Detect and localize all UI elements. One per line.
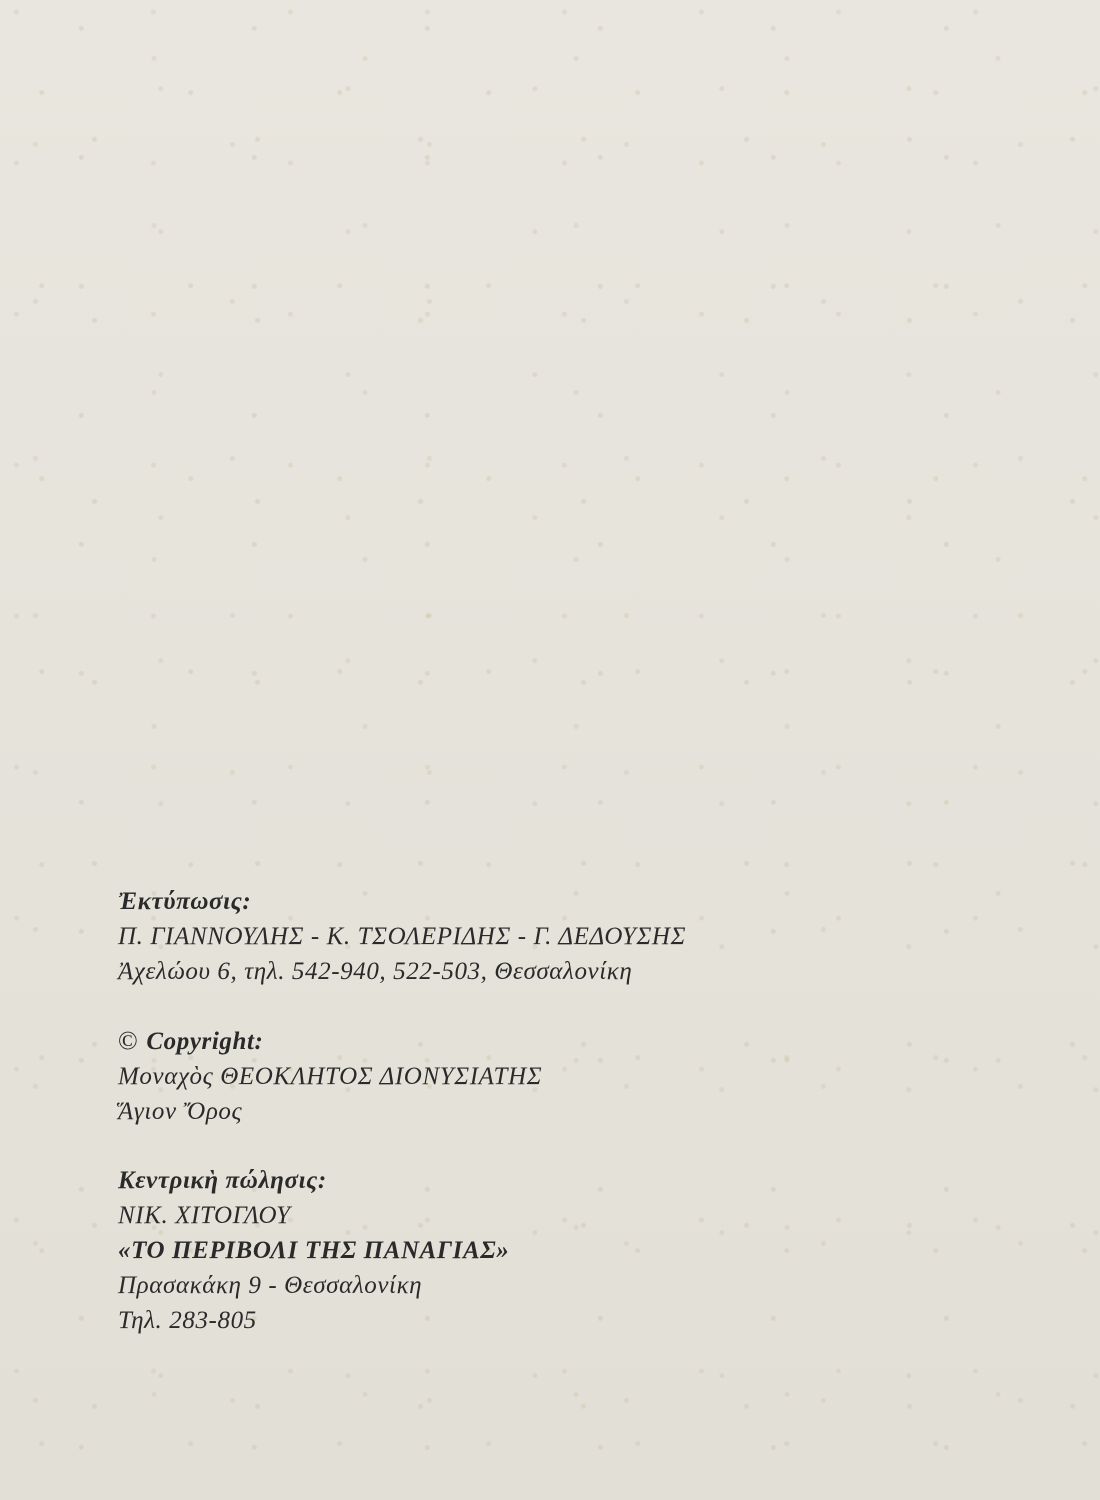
printers-names: Π. ΓΙΑΝΝΟΥΛΗΣ - Κ. ΤΣΟΛΕΡΙΔΗΣ - Γ. ΔΕΔΟΥ… bbox=[118, 919, 1018, 954]
distributor-phone: Τηλ. 283-805 bbox=[118, 1303, 1018, 1338]
printing-section: Ἐκτύπωσις: Π. ΓΙΑΝΝΟΥΛΗΣ - Κ. ΤΣΟΛΕΡΙΔΗΣ… bbox=[118, 884, 1018, 989]
copyright-section: ©Copyright: Μοναχὸς ΘΕΟΚΛΗΤΟΣ ΔΙΟΝΥΣΙΑΤΗ… bbox=[118, 1023, 1018, 1129]
copyright-icon: © bbox=[118, 1026, 138, 1055]
printing-heading: Ἐκτύπωσις: bbox=[118, 884, 1018, 919]
copyright-holder: Μοναχὸς ΘΕΟΚΛΗΤΟΣ ΔΙΟΝΥΣΙΑΤΗΣ bbox=[118, 1059, 1018, 1094]
distributor-address: Πρασακάκη 9 - Θεσσαλονίκη bbox=[118, 1268, 1018, 1303]
copyright-heading-line: ©Copyright: bbox=[118, 1023, 1018, 1059]
copyright-heading: Copyright: bbox=[146, 1028, 263, 1055]
book-page: Ἐκτύπωσις: Π. ΓΙΑΝΝΟΥΛΗΣ - Κ. ΤΣΟΛΕΡΙΔΗΣ… bbox=[0, 0, 1100, 1500]
colophon: Ἐκτύπωσις: Π. ΓΙΑΝΝΟΥΛΗΣ - Κ. ΤΣΟΛΕΡΙΔΗΣ… bbox=[118, 884, 1018, 1338]
distribution-heading: Κεντρικὴ πώλησις: bbox=[118, 1163, 1018, 1198]
printer-address: Ἀχελώου 6, τηλ. 542-940, 522-503, Θεσσαλ… bbox=[118, 954, 1018, 989]
distribution-section: Κεντρικὴ πώλησις: ΝΙΚ. ΧΙΤΟΓΛΟΥ «ΤΟ ΠΕΡΙ… bbox=[118, 1163, 1018, 1338]
distributor-name: ΝΙΚ. ΧΙΤΟΓΛΟΥ bbox=[118, 1198, 1018, 1233]
publisher-name: «ΤΟ ΠΕΡΙΒΟΛΙ ΤΗΣ ΠΑΝΑΓΙΑΣ» bbox=[118, 1233, 1018, 1268]
copyright-location: Ἅγιον Ὄρος bbox=[118, 1094, 1018, 1129]
